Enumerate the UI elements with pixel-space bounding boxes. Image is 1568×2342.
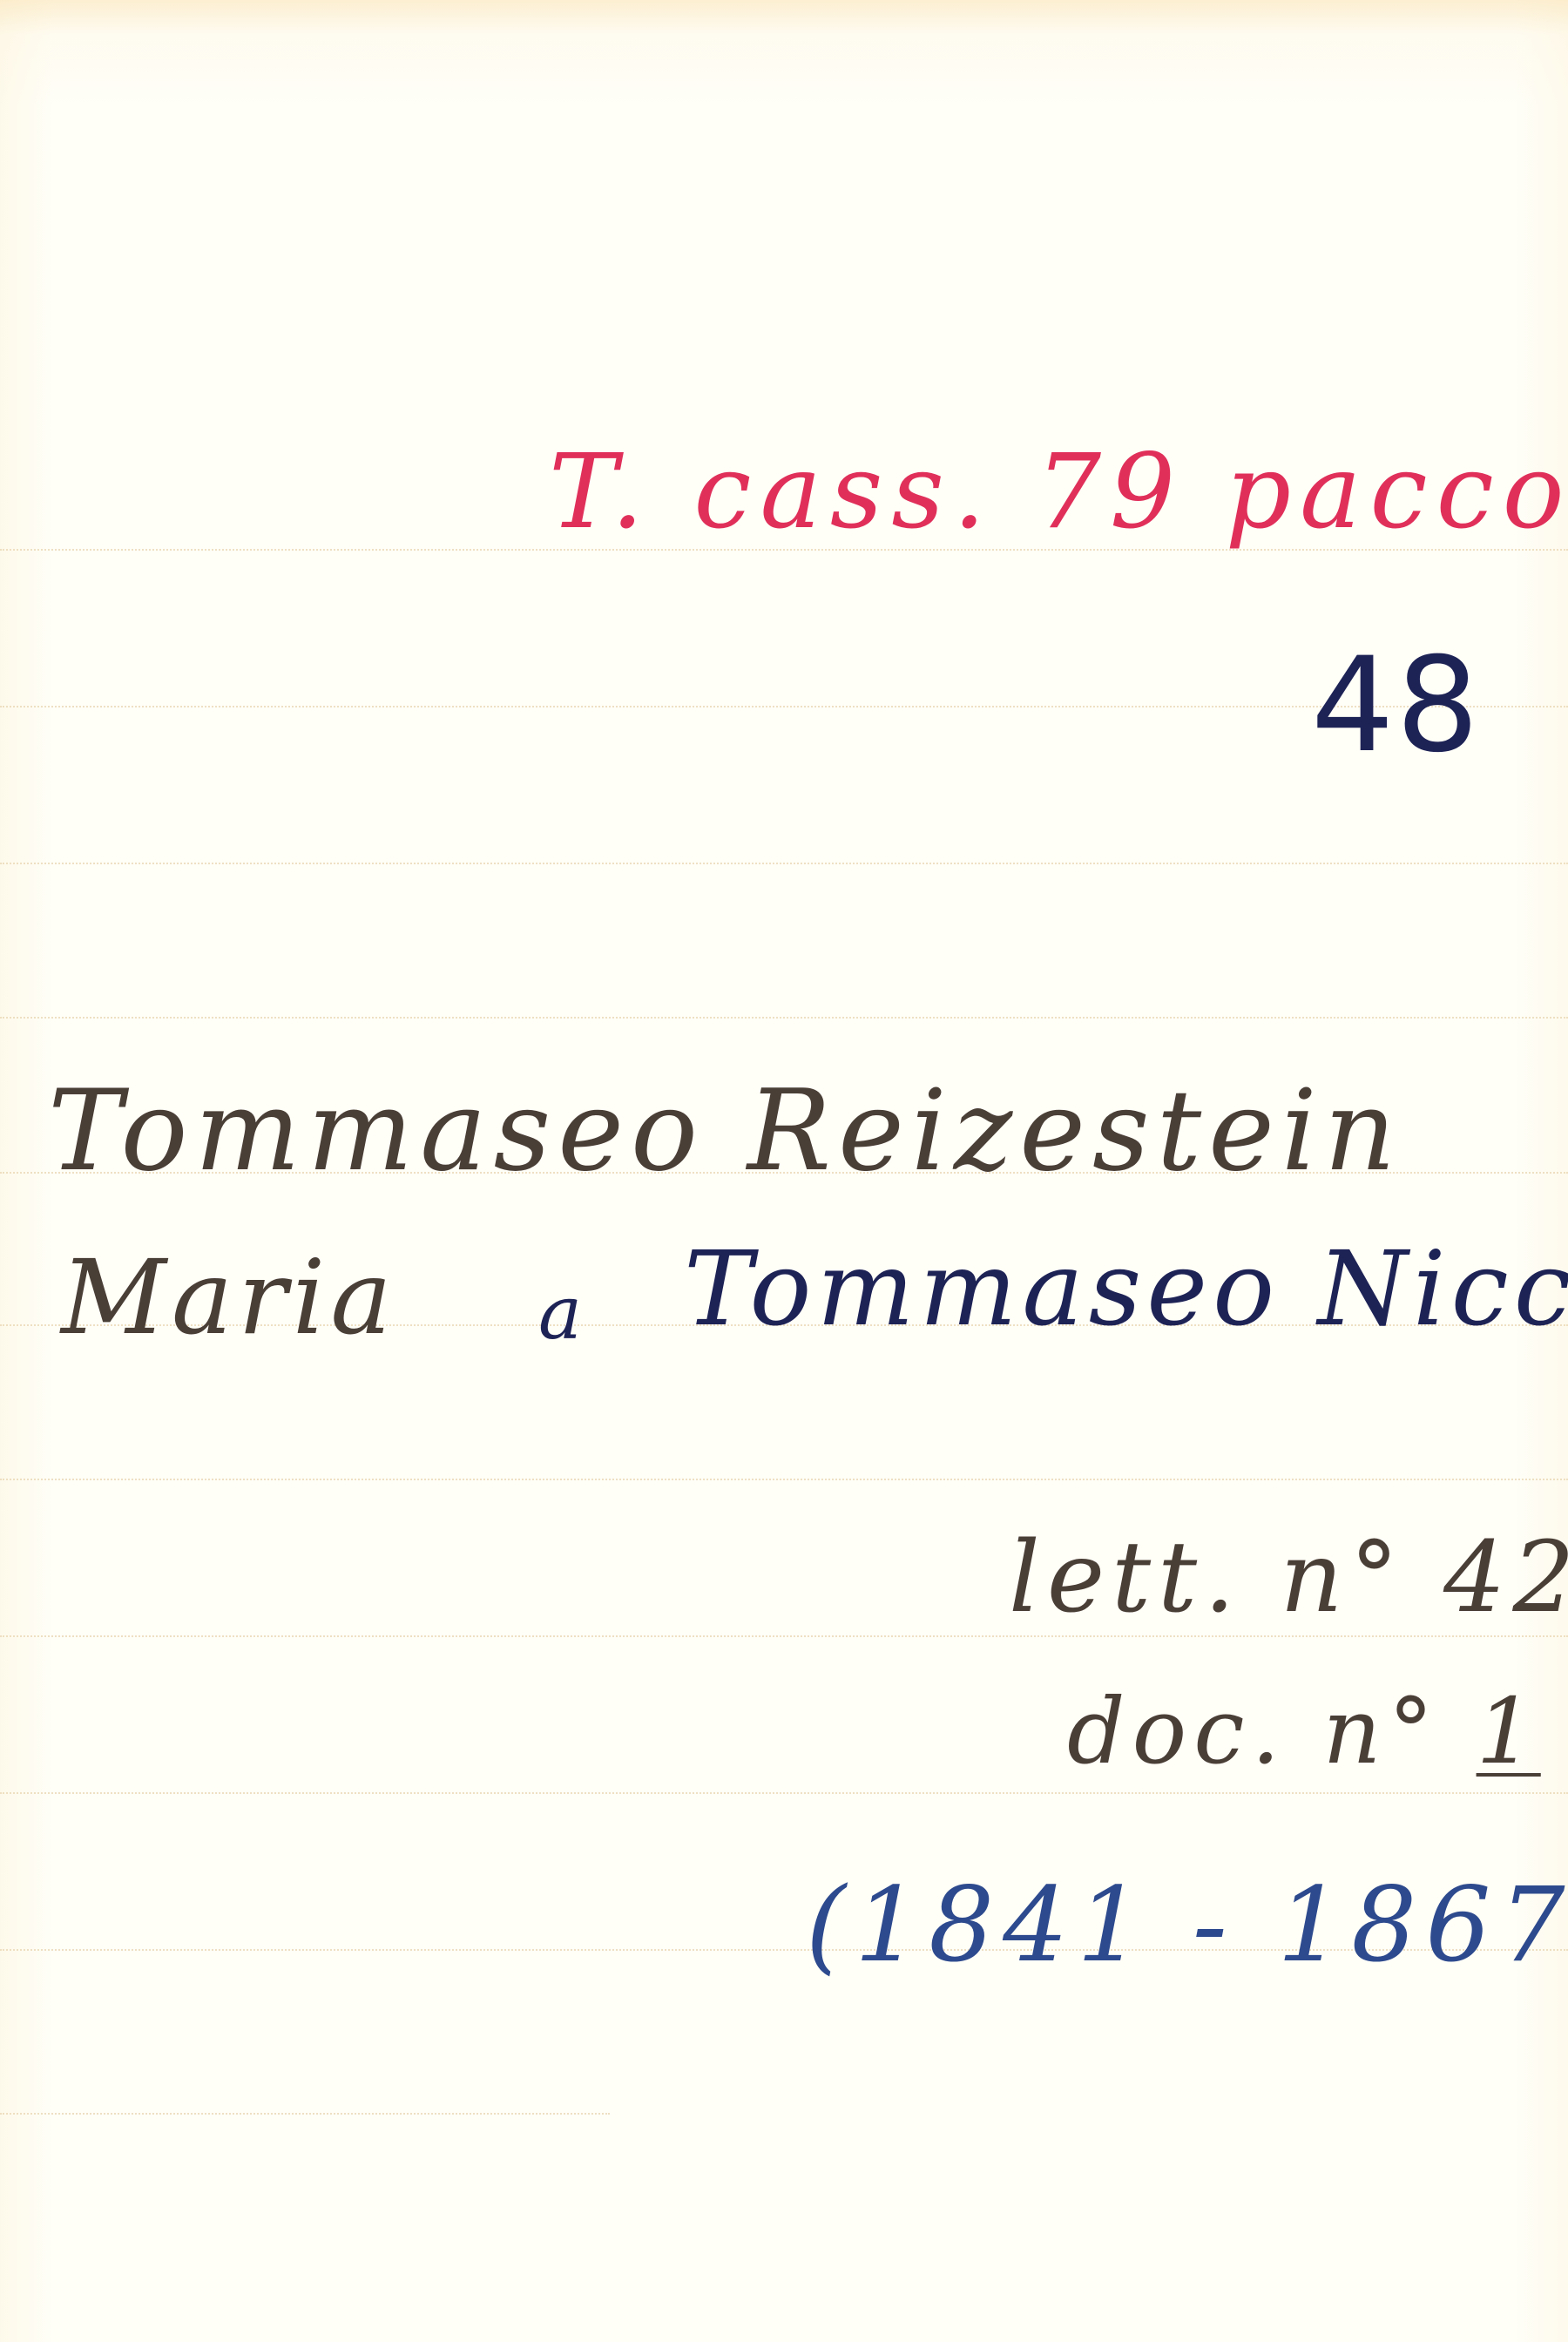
recipient-name: Tommaseo Niccolò <box>684 1237 1568 1340</box>
ruled-line <box>0 1017 1568 1019</box>
index-card: T. cass. 79 pacco 134. 48 Tommaseo Reize… <box>0 0 1568 2342</box>
ruled-line <box>0 863 1568 864</box>
date-range: (1841 - 1867) <box>806 1873 1568 1976</box>
ruled-line <box>0 1635 1568 1637</box>
folder-number: 48 <box>1311 640 1481 771</box>
sender-surname: Tommaseo Reizestein <box>48 1076 1402 1188</box>
sender-first-name: Maria <box>61 1246 397 1349</box>
ruled-line <box>0 1792 1568 1794</box>
documents-label: doc. n° <box>1067 1678 1477 1784</box>
ruled-line <box>0 2113 610 2115</box>
connector-word: a <box>538 1276 584 1350</box>
letters-count: lett. n° 42 <box>1009 1529 1568 1627</box>
documents-count: doc. n° 1 <box>1067 1686 1541 1777</box>
archive-reference: T. cass. 79 pacco 134. <box>549 440 1568 543</box>
documents-number: 1 <box>1477 1678 1541 1784</box>
ruled-line <box>0 1479 1568 1480</box>
